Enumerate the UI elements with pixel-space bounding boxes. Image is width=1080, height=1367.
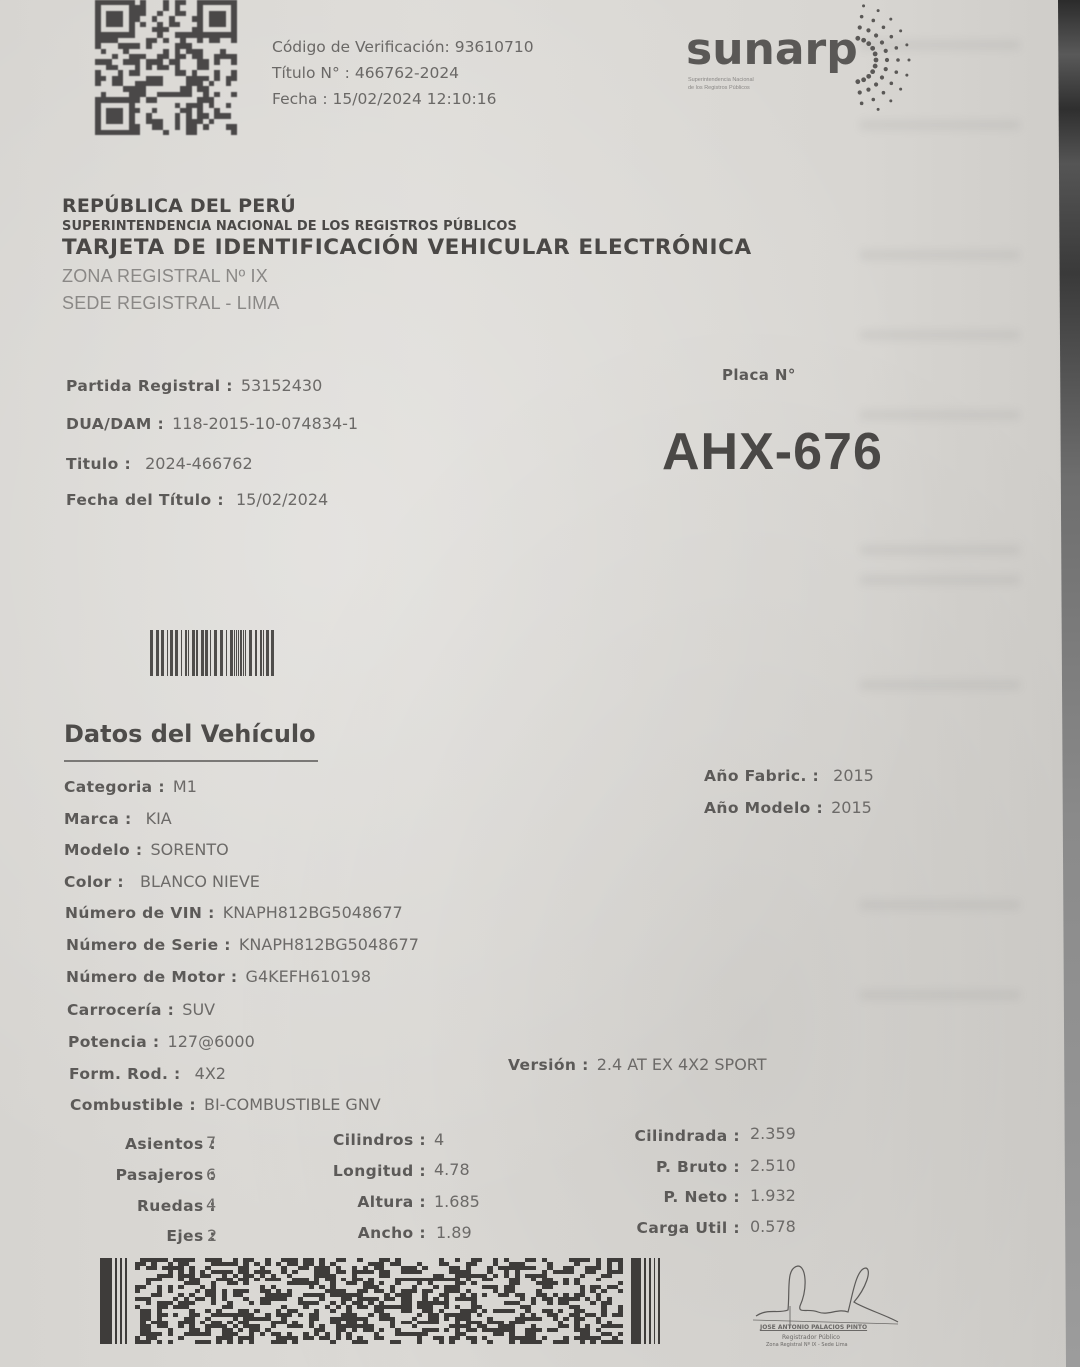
registry-zone: ZONA REGISTRAL Nº IX — [62, 266, 752, 287]
field-carroceria: Carrocería :SUV — [67, 1000, 215, 1020]
signature-icon — [748, 1258, 908, 1328]
field-version: Versión :2.4 AT EX 4X2 SPORT — [508, 1055, 767, 1075]
sunarp-logo: sunarp Superintendencia Nacional de los … — [686, 20, 926, 110]
field-partida-registral: Partida Registral :53152430 — [66, 376, 322, 396]
value-asientos: 7 — [206, 1133, 216, 1153]
verification-code-label: Código de Verificación: — [272, 38, 450, 56]
field-vin: Número de VIN :KNAPH812BG5048677 — [65, 903, 403, 923]
verification-code: 93610710 — [455, 38, 534, 56]
field-marca: Marca :KIA — [64, 809, 172, 829]
value-ejes: 2 — [207, 1226, 217, 1246]
field-p-bruto: P. Bruto : — [656, 1158, 740, 1177]
field-modelo: Modelo :SORENTO — [64, 840, 229, 860]
field-titulo: Titulo :2024-466762 — [66, 454, 253, 474]
title-number-label: Título N° : — [272, 64, 350, 82]
value-cilindrada: 2.359 — [750, 1124, 796, 1144]
stop-pattern — [631, 1258, 660, 1344]
bleed-through-text — [860, 410, 1020, 420]
bleed-through-text — [860, 680, 1020, 690]
registrar-office: Zona Registral Nº IX - Sede Lima — [766, 1342, 848, 1348]
field-p-neto: P. Neto : — [663, 1188, 740, 1207]
field-ancho: Ancho : — [358, 1224, 426, 1243]
value-p-neto: 1.932 — [750, 1186, 796, 1206]
bleed-through-text — [860, 990, 1020, 1000]
logo-tagline: Superintendencia Nacional de los Registr… — [688, 76, 828, 92]
start-pattern — [100, 1258, 127, 1344]
field-form-rod: Form. Rod. :4X2 — [69, 1064, 226, 1084]
value-altura: 1.685 — [434, 1192, 480, 1212]
bleed-through-text — [860, 545, 1020, 555]
registry-office: SEDE REGISTRAL - LIMA — [62, 293, 752, 314]
field-asientos: Asientos : — [125, 1135, 216, 1154]
logo-wordmark: sunarp — [686, 24, 858, 75]
field-pasajeros: Pasajeros : — [116, 1166, 216, 1185]
vehicle-data-heading: Datos del Vehículo — [64, 720, 316, 748]
verification-code-line: Código de Verificación: 93610710 — [272, 34, 534, 60]
value-longitud: 4.78 — [434, 1160, 470, 1180]
value-ancho: 1.89 — [436, 1223, 472, 1243]
verification-block: Código de Verificación: 93610710 Título … — [272, 34, 534, 112]
field-categoria: Categoria :M1 — [64, 777, 197, 797]
field-carga-util: Carga Util : — [637, 1219, 740, 1238]
field-dua-dam: DUA/DAM :118-2015-10-074834-1 — [66, 414, 358, 434]
field-motor: Número de Motor :G4KEFH610198 — [66, 967, 371, 987]
bleed-through-text — [860, 575, 1020, 585]
field-altura: Altura : — [357, 1193, 426, 1212]
value-ruedas: 4 — [206, 1195, 216, 1215]
field-fecha-titulo: Fecha del Título :15/02/2024 — [66, 490, 328, 510]
country-name: REPÚBLICA DEL PERÚ — [62, 195, 752, 217]
value-cilindros: 4 — [434, 1130, 444, 1150]
title-number-line: Título N° : 466762-2024 — [272, 60, 534, 86]
field-cilindros: Cilindros : — [333, 1131, 426, 1150]
registrar-signature: JOSE ANTONIO PALACIOS PINTO Registrador … — [748, 1258, 908, 1358]
field-cilindrada: Cilindrada : — [635, 1127, 741, 1146]
field-serie: Número de Serie :KNAPH812BG5048677 — [66, 935, 419, 955]
issue-date-label: Fecha : — [272, 90, 328, 108]
value-carga-util: 0.578 — [750, 1217, 796, 1237]
agency-name: SUPERINTENDENCIA NACIONAL DE LOS REGISTR… — [62, 219, 752, 234]
document-header: REPÚBLICA DEL PERÚ SUPERINTENDENCIA NACI… — [62, 195, 752, 314]
pdf417-barcode[interactable] — [100, 1258, 660, 1344]
field-longitud: Longitud : — [333, 1162, 426, 1181]
barcode-data-area — [135, 1258, 623, 1344]
value-p-bruto: 2.510 — [750, 1156, 796, 1176]
issue-date-line: Fecha : 15/02/2024 12:10:16 — [272, 86, 534, 112]
registrar-name: JOSE ANTONIO PALACIOS PINTO — [760, 1324, 867, 1331]
document-title: TARJETA DE IDENTIFICACIÓN VEHICULAR ELEC… — [62, 235, 752, 260]
issue-date: 15/02/2024 12:10:16 — [333, 90, 497, 108]
bleed-through-text — [860, 120, 1020, 130]
title-number: 466762-2024 — [355, 64, 459, 82]
field-ruedas: Ruedas : — [137, 1197, 216, 1216]
registrar-role: Registrador Público — [782, 1334, 840, 1341]
plate-number: AHX-676 — [662, 422, 883, 482]
plate-label: Placa N° — [722, 366, 796, 384]
sun-rays-icon — [846, 2, 936, 112]
bleed-through-text — [860, 900, 1020, 910]
heading-divider — [64, 760, 318, 762]
bleed-through-text — [860, 330, 1020, 340]
field-color: Color :BLANCO NIEVE — [64, 872, 260, 892]
field-anio-modelo: Año Modelo :2015 — [704, 798, 872, 818]
field-potencia: Potencia :127@6000 — [68, 1032, 255, 1052]
field-anio-fabric: Año Fabric. :2015 — [704, 766, 874, 786]
field-combustible: Combustible :BI-COMBUSTIBLE GNV — [70, 1095, 381, 1115]
qr-code[interactable] — [95, 0, 237, 135]
barcode[interactable] — [150, 630, 332, 676]
bleed-through-text — [860, 250, 1020, 260]
value-pasajeros: 6 — [206, 1165, 216, 1185]
